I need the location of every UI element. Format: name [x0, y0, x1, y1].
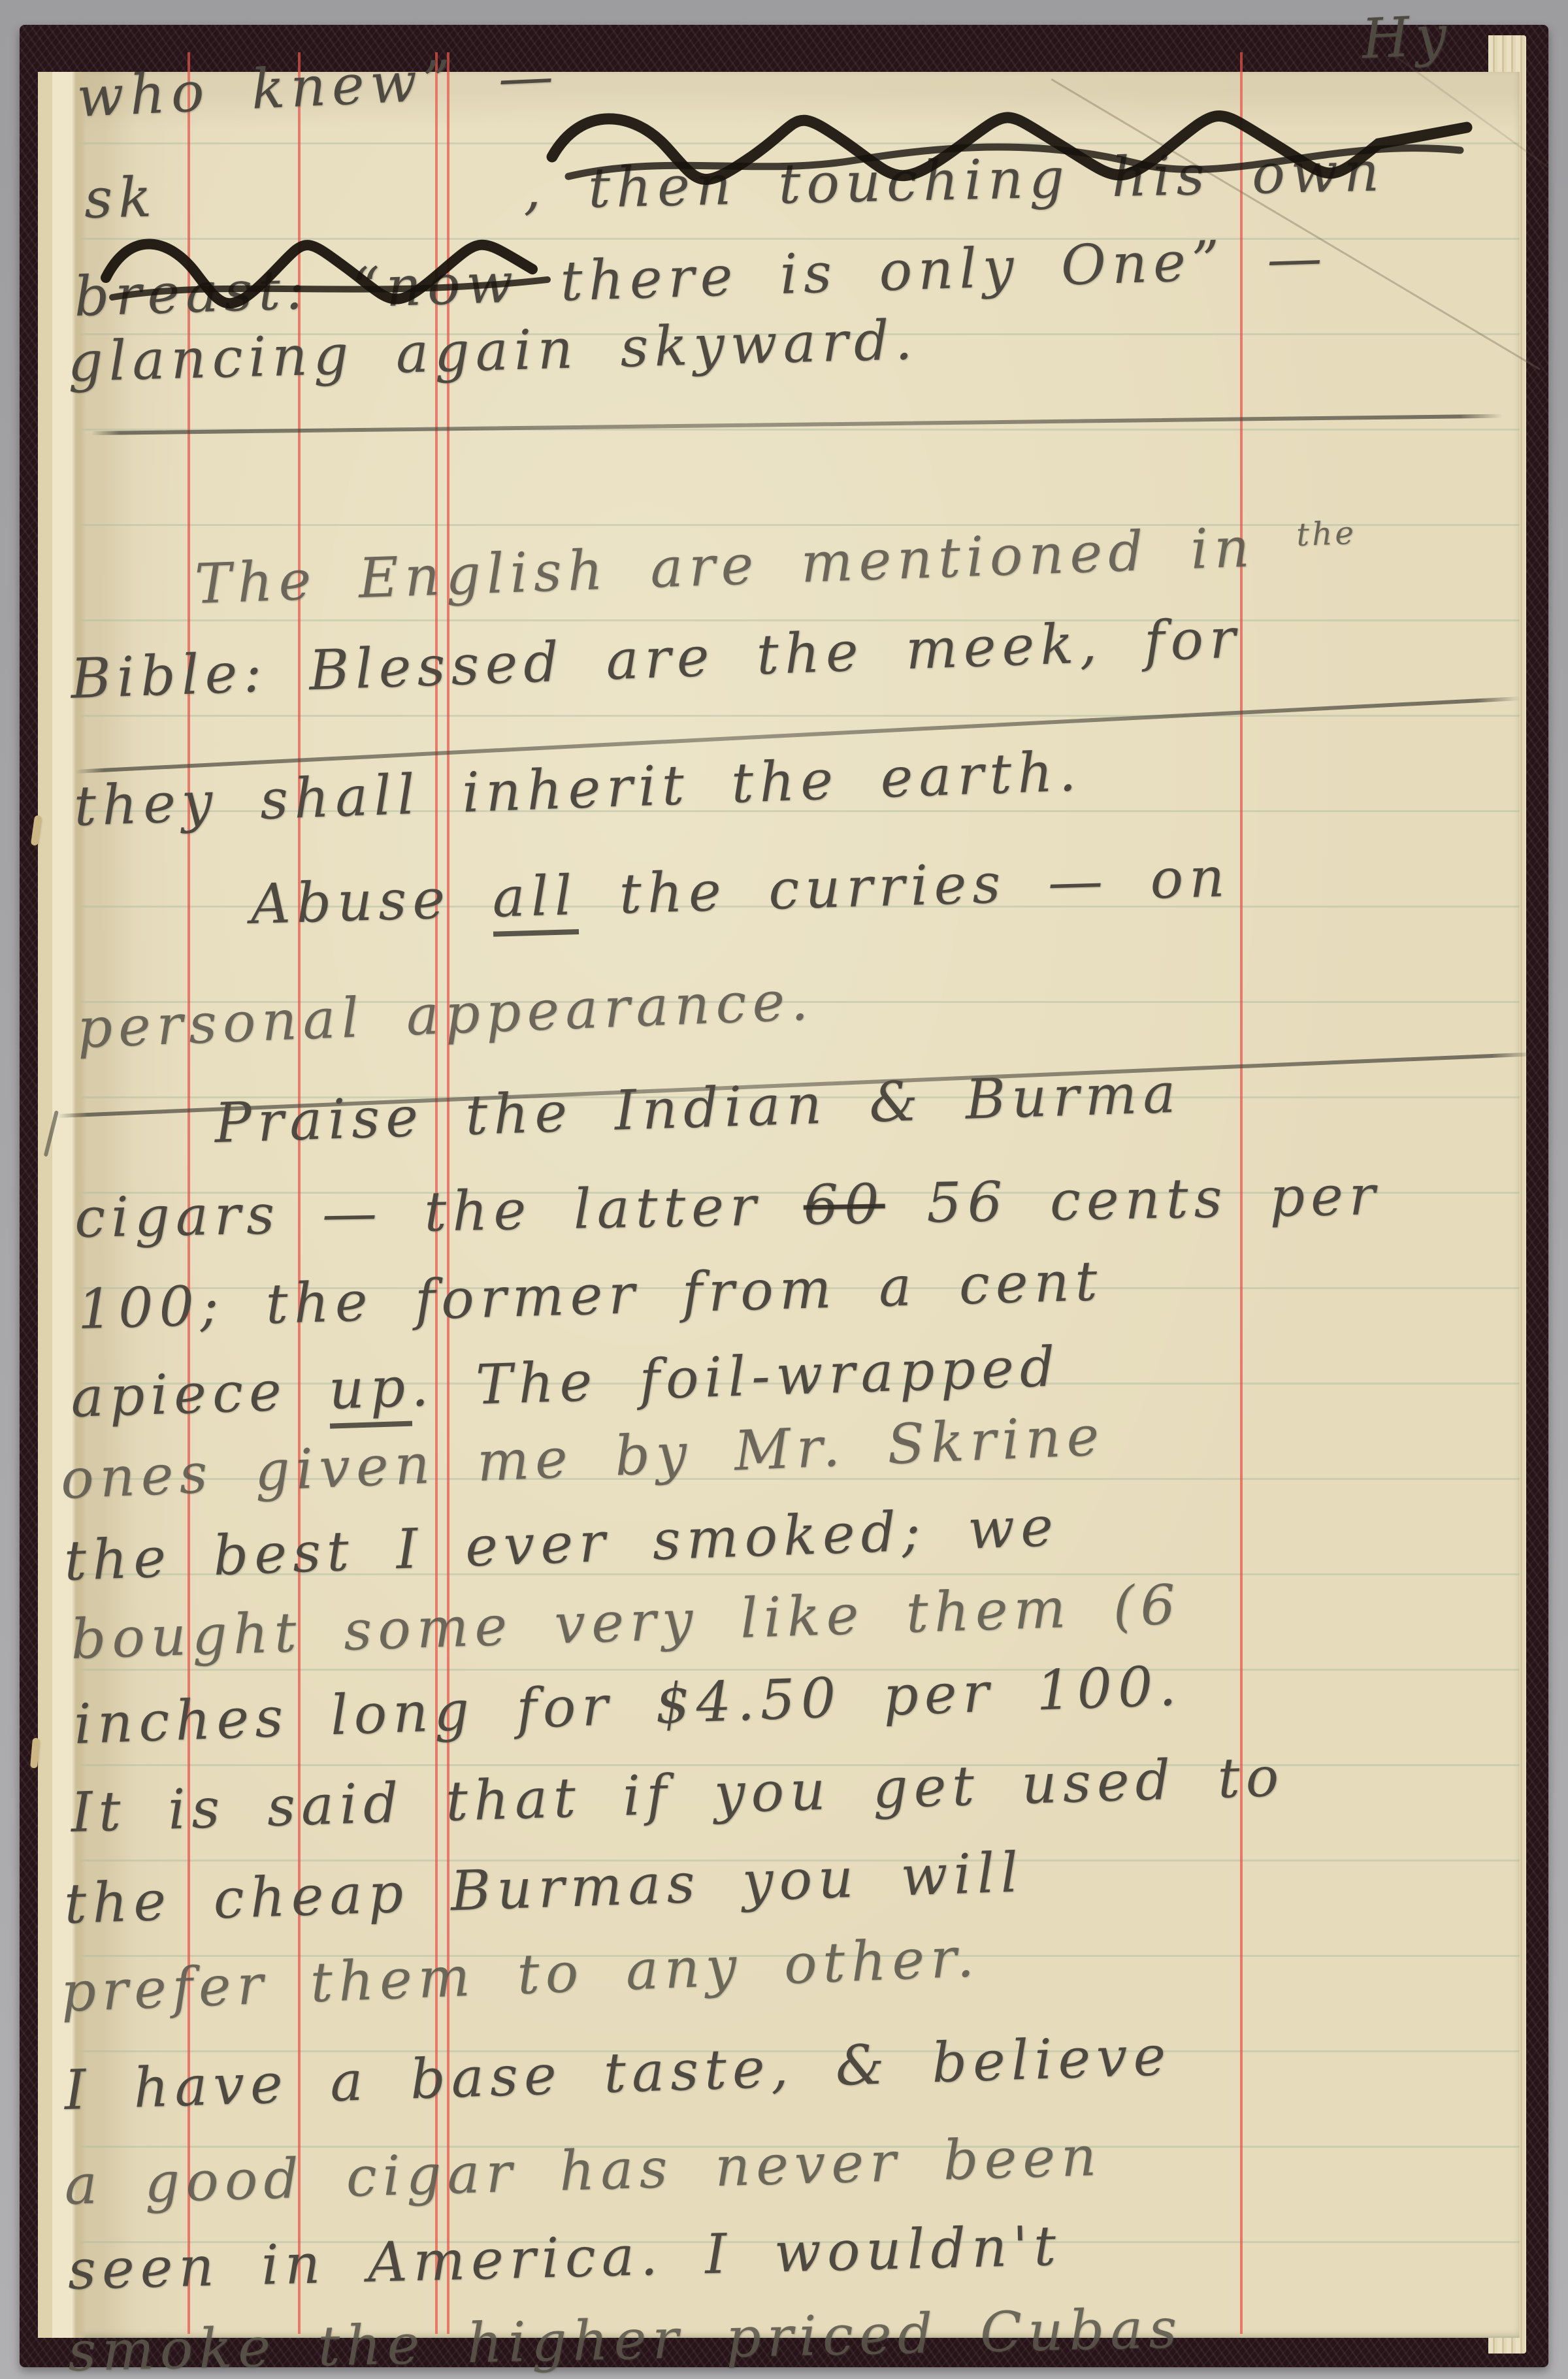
- line-text: 56 cents per: [885, 1163, 1382, 1236]
- line-text: Abuse: [250, 866, 493, 936]
- notebook-photo: who knew” —Hy sk, then touching his own …: [0, 0, 1568, 2379]
- line-text: Hy: [1360, 3, 1454, 71]
- line-text: apiece: [70, 1358, 330, 1430]
- underlined-word: all: [491, 863, 579, 937]
- ink-scribble: [542, 72, 1483, 222]
- line-text: cigars — the latter: [74, 1173, 804, 1250]
- struck-number: 60: [803, 1172, 886, 1237]
- underlined-word: up: [328, 1355, 412, 1429]
- ink-scribble: [98, 209, 562, 333]
- superscript-word: the: [1296, 515, 1357, 553]
